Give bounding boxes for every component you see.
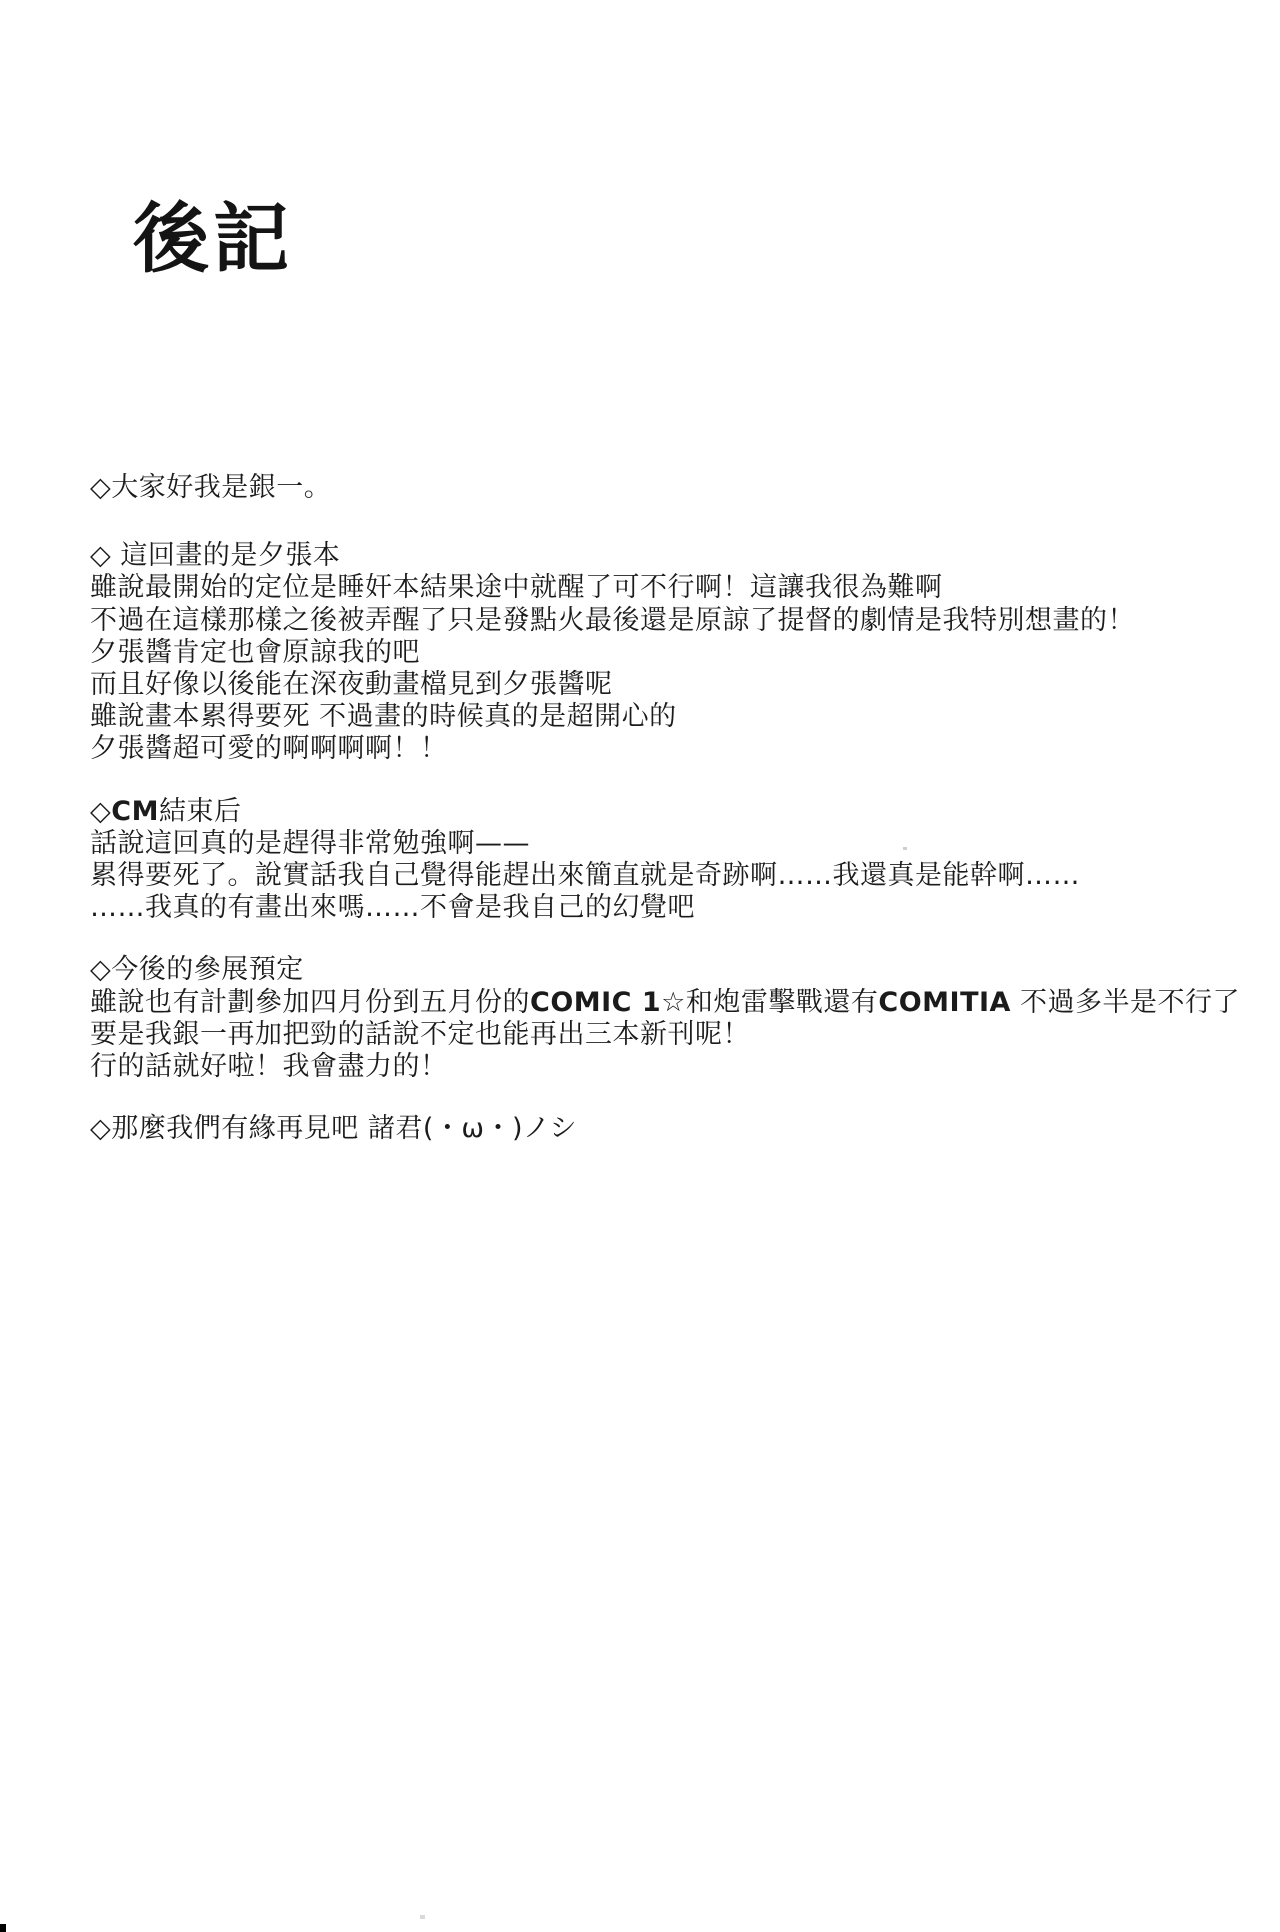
paragraph: ◇大家好我是銀一。 xyxy=(90,472,1250,504)
text-line: 雖說最開始的定位是睡奸本結果途中就醒了可不行啊！這讓我很為難啊 xyxy=(90,572,1250,604)
scan-artifact-speck xyxy=(420,1915,425,1919)
text-line: 雖說也有計劃參加四月份到五月份的COMIC 1☆和炮雷擊戰還有COMITIA 不… xyxy=(90,987,1250,1019)
text-run: 累得要死了。說實話我自己覺得能趕出來簡直就是奇跡啊……我還真是能幹啊…… xyxy=(90,860,1080,891)
text-run: 雖說畫本累得要死 不過畫的時候真的是超開心的 xyxy=(90,701,677,732)
text-run: 話說這回真的是趕得非常勉強啊—— xyxy=(90,828,530,859)
text-line: 而且好像以後能在深夜動畫檔見到夕張醬呢 xyxy=(90,669,1250,701)
text-line: ◇那麼我們有緣再見吧 諸君(・ω・)ノシ xyxy=(90,1113,1250,1145)
afterword-body: ◇大家好我是銀一。◇ 這回畫的是夕張本雖說最開始的定位是睡奸本結果途中就醒了可不… xyxy=(90,472,1250,1175)
afterword-page: 後記 ◇大家好我是銀一。◇ 這回畫的是夕張本雖說最開始的定位是睡奸本結果途中就醒… xyxy=(0,0,1280,1932)
text-line: 不過在這樣那樣之後被弄醒了只是發點火最後還是原諒了提督的劇情是我特別想畫的！ xyxy=(90,605,1250,637)
text-run: 結束后 xyxy=(159,796,242,827)
text-run: 和炮雷擊戰還有 xyxy=(686,987,879,1018)
paragraph: ◇CM結束后話說這回真的是趕得非常勉強啊——累得要死了。說實話我自己覺得能趕出來… xyxy=(90,796,1250,925)
page-title: 後記 xyxy=(133,201,293,277)
text-run: ◇大家好我是銀一。 xyxy=(90,472,331,503)
text-run: 夕張醬肯定也會原諒我的吧 xyxy=(90,637,420,668)
text-run: 雖說最開始的定位是睡奸本結果途中就醒了可不行啊！這讓我很為難啊 xyxy=(90,572,943,603)
text-line: 話說這回真的是趕得非常勉強啊—— xyxy=(90,828,1250,860)
text-line: 要是我銀一再加把勁的話說不定也能再出三本新刊呢！ xyxy=(90,1019,1250,1051)
text-line: ◇ 這回畫的是夕張本 xyxy=(90,540,1250,572)
text-run: 要是我銀一再加把勁的話說不定也能再出三本新刊呢！ xyxy=(90,1019,750,1050)
text-line: ◇CM結束后 xyxy=(90,796,1250,828)
text-line: 夕張醬超可愛的啊啊啊啊！！ xyxy=(90,733,1250,765)
text-run: ◇ xyxy=(90,796,111,827)
text-run: 不過多半是不行了 xyxy=(1011,987,1240,1018)
text-line: 夕張醬肯定也會原諒我的吧 xyxy=(90,637,1250,669)
text-run: 夕張醬超可愛的啊啊啊啊！！ xyxy=(90,733,448,764)
text-line: 行的話就好啦！我會盡力的！ xyxy=(90,1051,1250,1083)
text-run: ◇今後的參展預定 xyxy=(90,954,304,985)
text-run: 而且好像以後能在深夜動畫檔見到夕張醬呢 xyxy=(90,669,613,700)
text-run-bold: CM xyxy=(111,796,159,827)
text-run: ……我真的有畫出來嗎……不會是我自己的幻覺吧 xyxy=(90,892,695,923)
text-run: 雖說也有計劃參加四月份到五月份的 xyxy=(90,987,530,1018)
scan-artifact-corner xyxy=(0,1924,6,1932)
paragraph: ◇ 這回畫的是夕張本雖說最開始的定位是睡奸本結果途中就醒了可不行啊！這讓我很為難… xyxy=(90,540,1250,765)
text-run-bold: COMITIA xyxy=(878,987,1011,1018)
text-line: ◇今後的參展預定 xyxy=(90,954,1250,986)
scan-artifact-speck xyxy=(903,847,907,850)
paragraph: ◇今後的參展預定雖說也有計劃參加四月份到五月份的COMIC 1☆和炮雷擊戰還有C… xyxy=(90,954,1250,1083)
paragraph: ◇那麼我們有緣再見吧 諸君(・ω・)ノシ xyxy=(90,1113,1250,1145)
text-line: ◇大家好我是銀一。 xyxy=(90,472,1250,504)
text-run: ◇ 這回畫的是夕張本 xyxy=(90,540,340,571)
text-run: 行的話就好啦！我會盡力的！ xyxy=(90,1051,448,1082)
text-run-bold: COMIC 1☆ xyxy=(530,987,686,1018)
text-run: ◇那麼我們有緣再見吧 諸君(・ω・)ノシ xyxy=(90,1113,577,1144)
text-line: 雖說畫本累得要死 不過畫的時候真的是超開心的 xyxy=(90,701,1250,733)
text-run: 不過在這樣那樣之後被弄醒了只是發點火最後還是原諒了提督的劇情是我特別想畫的！ xyxy=(90,605,1135,636)
text-line: ……我真的有畫出來嗎……不會是我自己的幻覺吧 xyxy=(90,892,1250,924)
text-line: 累得要死了。說實話我自己覺得能趕出來簡直就是奇跡啊……我還真是能幹啊…… xyxy=(90,860,1250,892)
